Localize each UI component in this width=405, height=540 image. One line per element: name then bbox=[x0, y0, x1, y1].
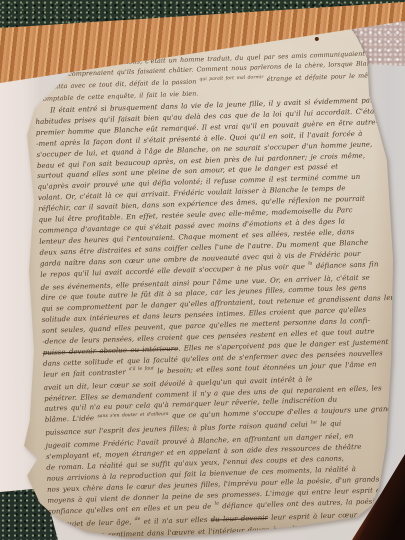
photo-frame: ~~ Chapitre XXVI. 3 On savait que les In… bbox=[0, 0, 405, 540]
manuscript-paper: ~~ Chapitre XXVI. 3 On savait que les In… bbox=[14, 18, 400, 540]
manuscript-page: ~~ Chapitre XXVI. 3 On savait que les In… bbox=[0, 0, 405, 540]
manuscript-body-block: Il était entré si brusquement dans la vi… bbox=[35, 95, 405, 540]
stamp-dot bbox=[315, 37, 319, 41]
